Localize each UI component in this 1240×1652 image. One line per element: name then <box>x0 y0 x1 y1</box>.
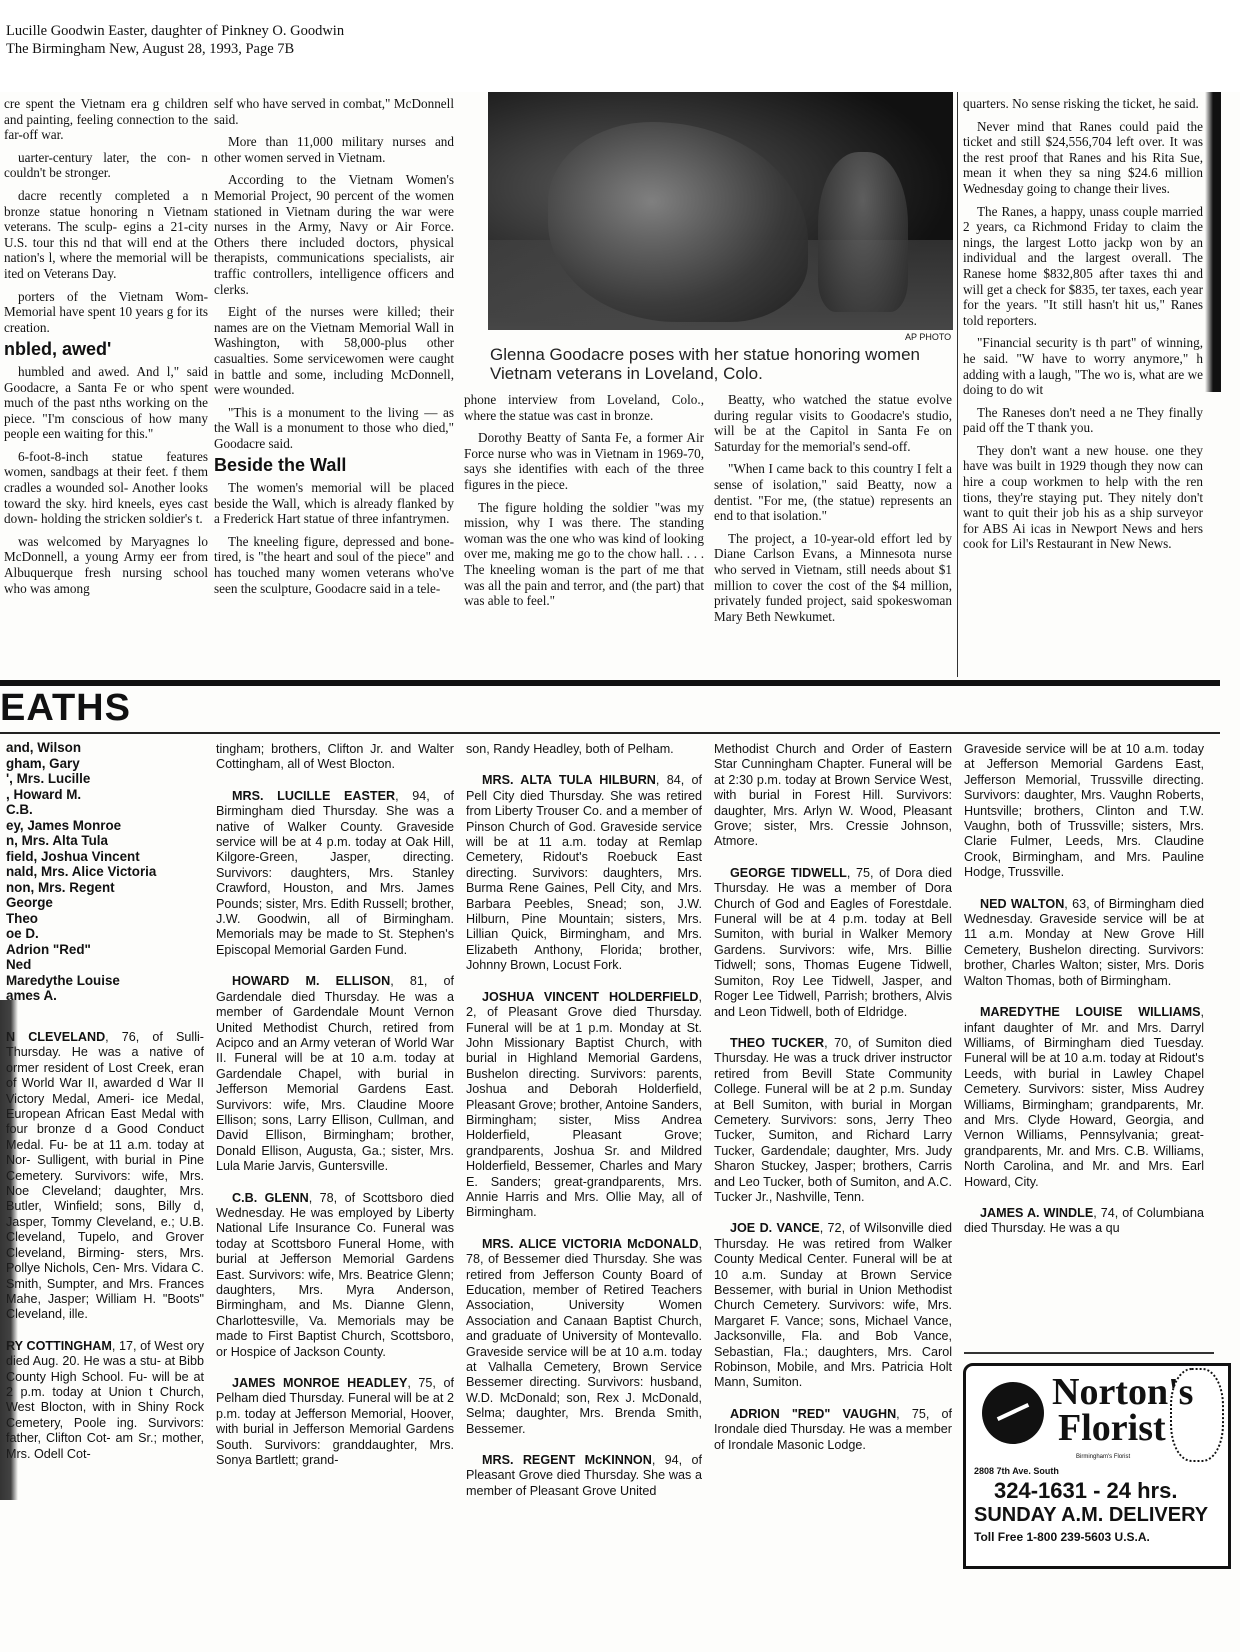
florist-logo-icon <box>982 1382 1044 1444</box>
article-column-3: phone interview from Loveland, Colo., wh… <box>464 392 704 677</box>
photo-statue <box>548 122 808 322</box>
article-paragraph: phone interview from Loveland, Colo., wh… <box>464 392 704 423</box>
article-paragraph: Dorothy Beatty of Santa Fe, a former Air… <box>464 430 704 492</box>
obituary-name: THEO TUCKER <box>730 1036 824 1050</box>
index-entry: Ned <box>6 957 206 973</box>
obituary-name: NED WALTON <box>980 897 1064 911</box>
obituary-column-5: Graveside service will be at 10 a.m. tod… <box>964 742 1204 1352</box>
obituary-name: MRS. LUCILLE EASTER <box>232 789 395 803</box>
index-entry: and, Wilson <box>6 740 206 756</box>
obituary-name: MRS. ALTA TULA HILBURN <box>482 773 656 787</box>
obituary-text: , 75, of Dora died Thursday. He was a me… <box>714 866 952 1019</box>
deaths-section-title: EATHS <box>0 688 131 728</box>
ad-name-line1: Norton's <box>1052 1372 1193 1412</box>
lotto-article-column: quarters. No sense risking the ticket, h… <box>963 96 1203 676</box>
obituary-entry: MAREDYTHE LOUISE WILLIAMS, infant daught… <box>964 1005 1204 1190</box>
obituary-text: , 2, of Pleasant Grove died Thursday. Fu… <box>466 990 702 1220</box>
obituary-name: JAMES A. WINDLE <box>980 1206 1093 1220</box>
article-column-2: self who have served in combat," McDonne… <box>214 96 454 676</box>
obituary-name: MRS. ALICE VICTORIA McDONALD <box>482 1237 699 1251</box>
obituary-text: Graveside service will be at 10 a.m. tod… <box>964 742 1204 879</box>
obituary-entry: tingham; brothers, Clifton Jr. and Walte… <box>216 742 454 773</box>
obituary-name: HOWARD M. ELLISON <box>232 974 390 988</box>
obituary-name: GEORGE TIDWELL <box>730 866 847 880</box>
index-entry: n, Mrs. Alta Tula <box>6 833 206 849</box>
article-paragraph: self who have served in combat," McDonne… <box>214 96 454 127</box>
obituary-column-2: tingham; brothers, Clifton Jr. and Walte… <box>216 742 454 1592</box>
photo-caption: Glenna Goodacre poses with her statue ho… <box>490 345 950 383</box>
obituary-text: , 72, of Wilsonville died Thursday. He w… <box>714 1221 952 1389</box>
article-paragraph: According to the Vietnam Women's Memoria… <box>214 172 454 297</box>
obituary-text: , 78, of Scottsboro died Wednesday. He w… <box>216 1191 454 1359</box>
article-paragraph: The Raneses don't need a ne They finally… <box>963 405 1203 436</box>
obituary-name: JOSHUA VINCENT HOLDERFIELD <box>482 990 699 1004</box>
obituary-name: MRS. REGENT McKINNON <box>482 1453 652 1467</box>
article-paragraph: Never mind that Ranes could paid the tic… <box>963 119 1203 197</box>
index-entry: ey, James Monroe <box>6 818 206 834</box>
index-entry: non, Mrs. Regent <box>6 880 206 896</box>
obituary-name: RY COTTINGHAM <box>6 1339 112 1353</box>
section-rule <box>0 732 1220 734</box>
article-paragraph: 6-foot-8-inch statue features women, san… <box>4 449 208 527</box>
photo-figure <box>818 152 908 312</box>
obituary-entry: son, Randy Headley, both of Pelham. <box>466 742 702 757</box>
article-paragraph: "Financial security is th part" of winni… <box>963 335 1203 397</box>
index-entry: gham, Gary <box>6 756 206 772</box>
index-entry: Adrion "Red" <box>6 942 206 958</box>
index-entry: C.B. <box>6 802 206 818</box>
article-paragraph: dacre recently completed a n bronze stat… <box>4 188 208 282</box>
obituary-entry: C.B. GLENN, 78, of Scottsboro died Wedne… <box>216 1191 454 1360</box>
article-paragraph: Beatty, who watched the statue evolve du… <box>714 392 952 454</box>
obituary-text: , 84, of Pell City died Thursday. She wa… <box>466 773 702 972</box>
ad-sunday-delivery: SUNDAY A.M. DELIVERY <box>974 1504 1208 1527</box>
index-entry: George <box>6 895 206 911</box>
column-divider <box>957 92 958 677</box>
article-paragraph: cre spent the Vietnam era g children and… <box>4 96 208 143</box>
obituary-entry: MRS. ALTA TULA HILBURN, 84, of Pell City… <box>466 773 702 973</box>
index-entry: Maredythe Louise <box>6 973 206 989</box>
index-entry: ames A. <box>6 988 206 1004</box>
caption-source: The Birmingham New, August 28, 1993, Pag… <box>6 40 344 58</box>
scan-shadow <box>0 1000 18 1500</box>
obituary-column-3: son, Randy Headley, both of Pelham. MRS.… <box>466 742 702 1592</box>
ad-top-rule <box>964 1352 1214 1354</box>
ad-address: 2808 7th Ave. South <box>974 1466 1059 1476</box>
obituary-text: , 17, of West ory died Aug. 20. He was a… <box>6 1339 204 1461</box>
obituary-entry: JOSHUA VINCENT HOLDERFIELD, 2, of Pleasa… <box>466 990 702 1221</box>
article-paragraph: was welcomed by Maryagnes lo McDonnell, … <box>4 534 208 596</box>
article-paragraph: "This is a monument to the living — as t… <box>214 405 454 452</box>
caption-title: Lucille Goodwin Easter, daughter of Pink… <box>6 22 344 40</box>
article-subhead: nbled, awed' <box>4 342 208 358</box>
obituary-entry: HOWARD M. ELLISON, 81, of Gardendale die… <box>216 974 454 1174</box>
article-paragraph: "When I came back to this country I felt… <box>714 461 952 523</box>
article-paragraph: The figure holding the soldier "was my m… <box>464 500 704 609</box>
obituary-name: JOE D. VANCE <box>730 1221 820 1235</box>
ad-name-line2: Florist <box>1058 1408 1166 1448</box>
obituary-entry: MRS. LUCILLE EASTER, 94, of Birmingham d… <box>216 789 454 958</box>
obituary-text: Methodist Church and Order of Eastern St… <box>714 742 952 848</box>
obituary-name: MAREDYTHE LOUISE WILLIAMS <box>980 1005 1201 1019</box>
article-subhead: Beside the Wall <box>214 458 454 474</box>
obituary-text: tingham; brothers, Clifton Jr. and Walte… <box>216 742 454 771</box>
obituary-entry: MRS. ALICE VICTORIA McDONALD, 78, of Bes… <box>466 1237 702 1437</box>
statue-photo <box>488 92 953 330</box>
obituary-entry: NED WALTON, 63, of Birmingham died Wedne… <box>964 897 1204 989</box>
obituary-entry: Methodist Church and Order of Eastern St… <box>714 742 952 850</box>
index-entry: , Howard M. <box>6 787 206 803</box>
obituary-entry: THEO TUCKER, 70, of Sumiton died Thursda… <box>714 1036 952 1205</box>
article-column-4: Beatty, who watched the statue evolve du… <box>714 392 952 677</box>
obituary-text: , 76, of Sulli- Thursday. He was a nativ… <box>6 1030 204 1321</box>
photo-credit: AP PHOTO <box>905 332 951 342</box>
obituary-name: ADRION "RED" VAUGHN <box>730 1407 896 1421</box>
article-paragraph: The project, a 10-year-old effort led by… <box>714 531 952 625</box>
obituary-entry: ADRION "RED" VAUGHN, 75, of Irondale die… <box>714 1407 952 1453</box>
article-paragraph: porters of the Vietnam Wom- Memorial hav… <box>4 289 208 336</box>
obituary-name: N CLEVELAND <box>6 1030 105 1044</box>
index-entry: Theo <box>6 911 206 927</box>
ad-tagline: Birmingham's Florist <box>1076 1454 1130 1460</box>
obituary-entry: MRS. REGENT McKINNON, 94, of Pleasant Gr… <box>466 1453 702 1499</box>
article-paragraph: More than 11,000 military nurses and oth… <box>214 134 454 165</box>
obituary-text: son, Randy Headley, both of Pelham. <box>466 742 674 756</box>
index-entry: field, Joshua Vincent <box>6 849 206 865</box>
obituary-entry: JAMES A. WINDLE, 74, of Columbiana died … <box>964 1206 1204 1237</box>
index-entry: oe D. <box>6 926 206 942</box>
nortons-florist-ad: Norton's Florist Birmingham's Florist 28… <box>963 1363 1231 1569</box>
obituary-text: , 94, of Birmingham died Thursday. She w… <box>216 789 454 957</box>
obituary-text: , 78, of Bessemer died Thursday. She was… <box>466 1237 702 1436</box>
index-entry: nald, Mrs. Alice Victoria <box>6 864 206 880</box>
article-paragraph: quarters. No sense risking the ticket, h… <box>963 96 1203 112</box>
article-paragraph: The kneeling figure, depressed and bone-… <box>214 534 454 596</box>
obituary-text: , 81, of Gardendale died Thursday. He wa… <box>216 974 454 1173</box>
obituary-entry: Graveside service will be at 10 a.m. tod… <box>964 742 1204 881</box>
obituary-entry: JOE D. VANCE, 72, of Wilsonville died Th… <box>714 1221 952 1390</box>
article-paragraph: uarter-century later, the con- n couldn'… <box>4 150 208 181</box>
obituary-name: JAMES MONROE HEADLEY <box>232 1376 407 1390</box>
deaths-index: and, Wilson gham, Gary ', Mrs. Lucille ,… <box>6 740 206 1004</box>
scan-shadow <box>1205 92 1221 392</box>
obituary-entry: GEORGE TIDWELL, 75, of Dora died Thursda… <box>714 866 952 1020</box>
obituary-entry: N CLEVELAND, 76, of Sulli- Thursday. He … <box>6 1030 204 1323</box>
article-paragraph: The women's memorial will be placed besi… <box>214 480 454 527</box>
article-paragraph: They don't want a new house. one they ha… <box>963 443 1203 552</box>
article-paragraph: Eight of the nurses were killed; their n… <box>214 304 454 398</box>
ad-toll-free: Toll Free 1-800 239-5603 U.S.A. <box>974 1530 1150 1544</box>
obituary-column-4: Methodist Church and Order of Eastern St… <box>714 742 952 1592</box>
obituary-entry: RY COTTINGHAM, 17, of West ory died Aug.… <box>6 1339 204 1462</box>
obituary-text: , 70, of Sumiton died Thursday. He was a… <box>714 1036 952 1204</box>
index-entry: ', Mrs. Lucille <box>6 771 206 787</box>
section-rule <box>0 680 1220 686</box>
obituary-column-1: N CLEVELAND, 76, of Sulli- Thursday. He … <box>6 1030 204 1590</box>
ad-phone: 324-1631 - 24 hrs. <box>994 1478 1177 1504</box>
obituary-text: , infant daughter of Mr. and Mrs. Darryl… <box>964 1005 1204 1188</box>
article-paragraph: The Ranes, a happy, unass couple married… <box>963 204 1203 329</box>
image-caption: Lucille Goodwin Easter, daughter of Pink… <box>6 22 344 58</box>
obituary-entry: JAMES MONROE HEADLEY, 75, of Pelham died… <box>216 1376 454 1468</box>
obituary-name: C.B. GLENN <box>232 1191 309 1205</box>
article-column-1: cre spent the Vietnam era g children and… <box>4 96 208 676</box>
article-paragraph: humbled and awed. And l," said Goodacre,… <box>4 364 208 442</box>
